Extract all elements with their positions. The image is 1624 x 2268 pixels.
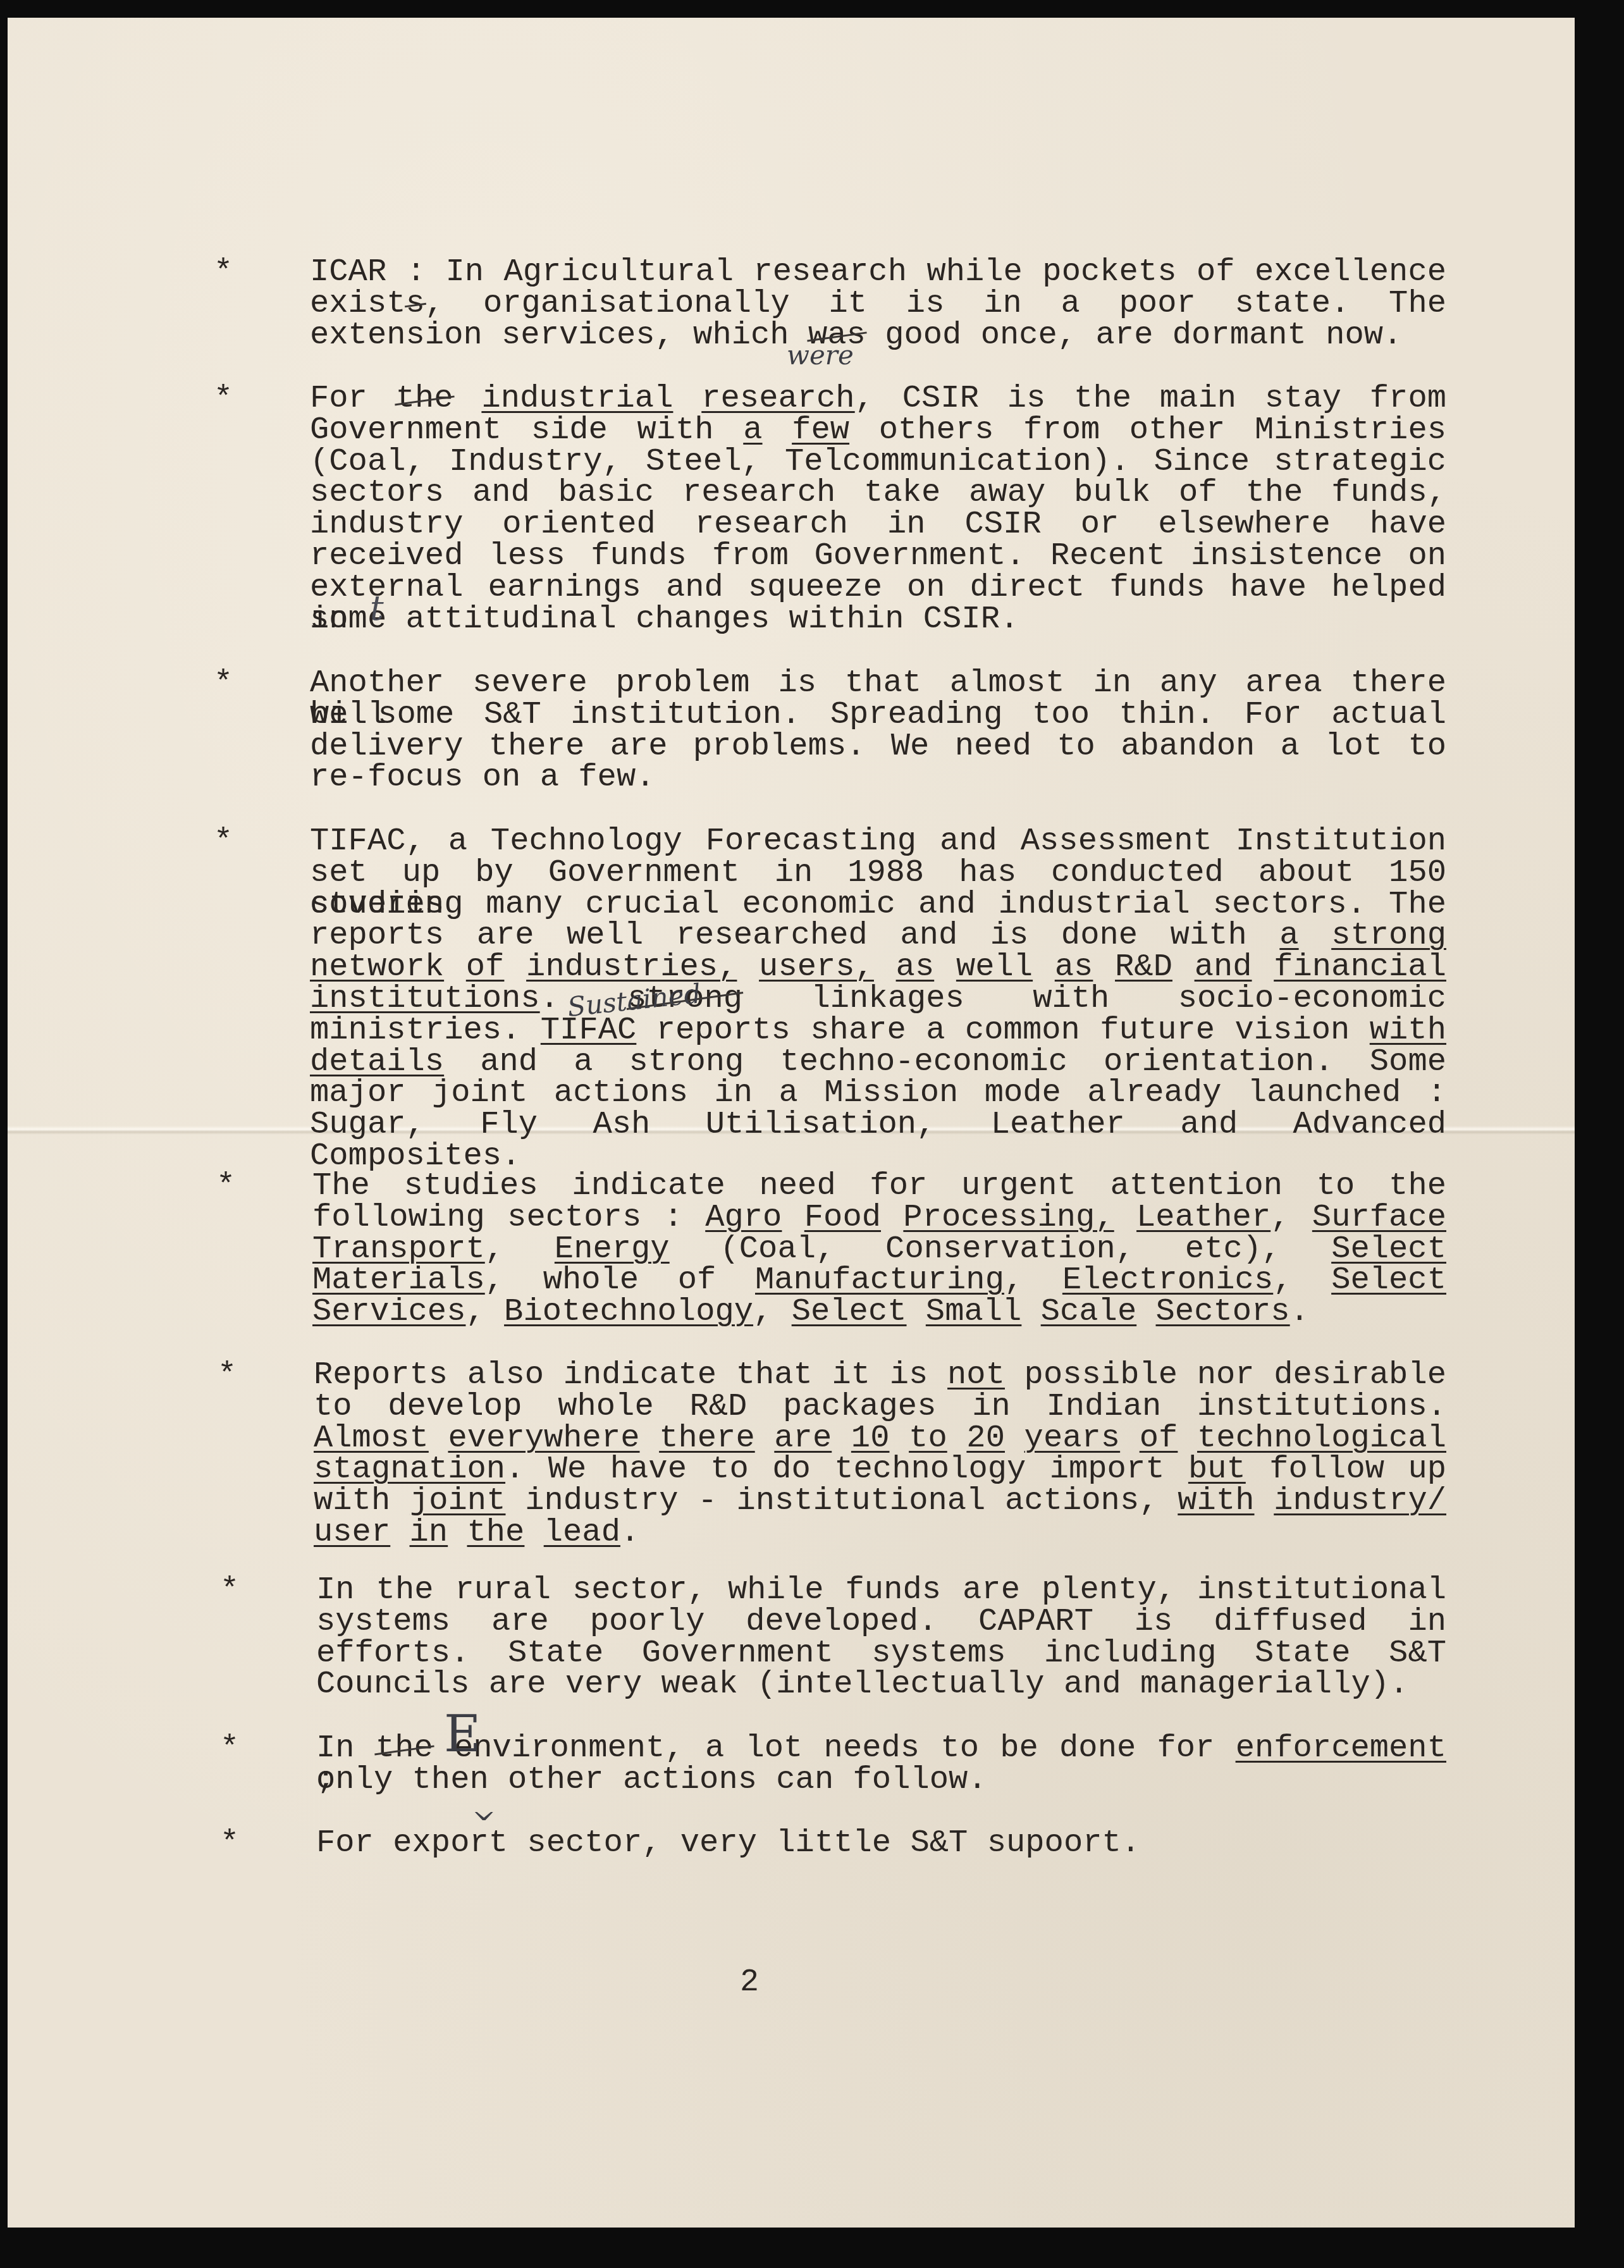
bullet-asterisk: * [214,257,233,288]
text-run: In [316,1730,376,1766]
text-run: , [1270,1200,1312,1236]
text-run [782,1200,804,1236]
text-run [889,1421,909,1457]
struck-text: s [406,286,425,322]
underlined-text: years [1024,1421,1121,1457]
document-page: *ICAR : In Agricultural research while p… [8,18,1575,2228]
bullet-asterisk: * [214,383,233,415]
underlined-text: financial [1274,949,1446,985]
text-run: industry oriented research in CSIR or el… [310,507,1446,543]
text-run: For export sector, very little S&T supoo… [316,1825,1140,1861]
text-run [832,1421,851,1457]
underlined-text: Materials [312,1262,485,1298]
text-run: reports are well researched and is done … [310,918,1279,954]
underlined-text: technological [1197,1421,1446,1457]
text-run [737,949,759,985]
text-line: details and a strong techno-economic ori… [310,1047,1446,1078]
text-run: environment, a lot needs to be done for [433,1730,1236,1766]
bullet-asterisk: * [214,826,233,858]
text-line: institutions. strong linkages with socio… [310,983,1446,1015]
bullet-asterisk: * [216,1171,235,1202]
text-line: efforts. State Government systems includ… [316,1638,1446,1670]
text-line: Sugar, Fly Ash Utilisation, Leather and … [310,1109,1446,1141]
struck-text: the [396,381,453,417]
text-run [524,1515,543,1551]
text-line: sectors and basic research take away bul… [310,478,1446,509]
text-line: to develop whole R&D packages in Indian … [314,1391,1446,1423]
text-line: external earnings and squeeze on direct … [310,572,1446,604]
underlined-text: institutions [310,981,540,1017]
text-line: Councils are very weak (intellectually a… [316,1669,1446,1701]
underlined-text: details [310,1044,444,1080]
text-run: ICAR : In Agricultural research while po… [310,254,1446,290]
text-line: covering many crucial economic and indus… [310,889,1446,921]
underlined-text: 10 [851,1421,890,1457]
text-run: For [310,381,396,417]
underlined-text: Surface [1312,1200,1446,1236]
text-run [1033,949,1055,985]
text-run: (Coal, Industry, Steel, Telcommunication… [310,444,1446,480]
underlined-text: joint [410,1483,506,1519]
text-run: systems are poorly developed. CAPART is … [316,1604,1446,1640]
underlined-text: not [947,1357,1005,1393]
text-run [453,381,482,417]
text-run [444,949,466,985]
underlined-text: a [1279,918,1298,954]
underlined-text: Select [792,1294,907,1330]
underlined-text: Services [312,1294,465,1330]
text-run: The studies indicate need for urgent att… [312,1168,1446,1204]
underlined-text: research [701,381,854,417]
text-run: , [485,1231,555,1267]
text-run: ministries. [310,1013,541,1049]
text-line: received less funds from Government. Rec… [310,541,1446,572]
text-run [1299,918,1332,954]
text-line: major joint actions in a Mission mode al… [310,1078,1446,1109]
text-line: Services, Biotechnology, Select Small Sc… [312,1297,1446,1328]
text-line: stagnation. We have to do technology imp… [314,1454,1446,1486]
text-run: . [620,1515,639,1551]
text-line: Materials, whole of Manufacturing, Elect… [312,1265,1446,1297]
text-line: Reports also indicate that it is not pos… [314,1360,1446,1391]
text-run: others from other Ministries [849,412,1446,448]
handwritten-capital-e: E [444,1720,481,1748]
text-run: , organisationally it is in a poor state… [425,286,1446,322]
text-run [1178,1421,1197,1457]
text-run: , [465,1294,504,1330]
text-run: (Coal, Conservation, etc), [670,1231,1331,1267]
text-line: delivery there are problems. We need to … [310,731,1446,763]
text-run [1136,1294,1155,1330]
text-line: (Coal, Industry, Steel, Telcommunication… [310,447,1446,478]
text-line: In the environment, a lot needs to be do… [316,1733,1446,1765]
text-line: set up by Government in 1988 has conduct… [310,858,1446,889]
text-line: with joint industry - institutional acti… [314,1486,1446,1517]
text-run [1114,1200,1136,1236]
text-line: reports are well researched and is done … [310,920,1446,952]
underlined-text: the [467,1515,524,1551]
text-run: reports share a common future vision [636,1013,1369,1049]
text-line: For export sector, very little S&T supoo… [316,1828,1446,1859]
text-run [1172,949,1195,985]
underlined-text: as [896,949,935,985]
text-run [874,949,896,985]
text-line: Almost everywhere there are 10 to 20 yea… [314,1423,1446,1455]
bullet-asterisk: * [220,1828,239,1859]
text-run: delivery there are problems. We need to … [310,729,1446,765]
text-line: exists, organisationally it is in a poor… [310,288,1446,320]
underlined-text: strong [1331,918,1446,954]
text-run: Government side with [310,412,743,448]
underlined-text: of [1140,1421,1178,1457]
underlined-text: Energy [555,1231,670,1267]
handwritten-caret: ^ [472,1795,496,1823]
underlined-text: to [909,1421,947,1457]
bullet-asterisk: * [214,668,233,700]
underlined-text: Scale [1041,1294,1137,1330]
text-run [640,1421,660,1457]
text-run [1093,949,1115,985]
text-run: , CSIR is the main stay from [855,381,1446,417]
text-run: Sugar, Fly Ash Utilisation, Leather and … [310,1107,1446,1174]
underlined-text: user [314,1515,390,1551]
underlined-text: with [1178,1483,1254,1519]
text-run [1252,949,1274,985]
underlined-text: industry/ [1274,1483,1446,1519]
underlined-text: Electronics [1062,1262,1273,1298]
text-run [429,1421,448,1457]
underlined-text: Processing, [903,1200,1114,1236]
text-line: be some S&T institution. Spreading too t… [310,700,1446,731]
text-run [934,949,956,985]
text-line: industry oriented research in CSIR or el… [310,509,1446,541]
text-line: re-focus on a few. [310,762,1446,794]
text-run: TIFAC, a Technology Forecasting and Asse… [310,823,1446,860]
struck-text: the [376,1730,433,1766]
text-line: Government side with a few others from o… [310,415,1446,447]
text-line: systems are poorly developed. CAPART is … [316,1606,1446,1638]
text-run [907,1294,926,1330]
text-run: and a strong techno-economic orientation… [444,1044,1446,1080]
text-line: following sectors : Agro Food Processing… [312,1202,1446,1234]
text-run: extension services, which [310,317,808,354]
text-run: only then other actions can follow. [316,1762,987,1798]
text-line: Another severe problem is that almost in… [310,668,1446,700]
underlined-text: industrial [481,381,673,417]
underlined-text: well [956,949,1033,985]
text-run: , whole of [485,1262,755,1298]
text-run: , [1004,1262,1062,1298]
text-run: . We have to do technology import [505,1451,1188,1488]
underlined-text: of [466,949,505,985]
text-run: received less funds from Government. Rec… [310,538,1446,574]
text-run [1120,1421,1140,1457]
text-line: extension services, which was good once,… [310,320,1446,352]
text-run: covering many crucial economic and indus… [310,887,1446,923]
text-line: TIFAC, a Technology Forecasting and Asse… [310,826,1446,858]
text-run: following sectors : [312,1200,705,1236]
text-run [504,949,526,985]
text-run: major joint actions in a Mission mode al… [310,1075,1446,1111]
text-run [881,1200,903,1236]
text-run: . [1290,1294,1309,1330]
text-line: network of industries, users, as well as… [310,952,1446,983]
text-run [448,1515,467,1551]
underlined-text: Manufacturing [755,1262,1004,1298]
underlined-text: 20 [966,1421,1005,1457]
underlined-text: Sectors [1156,1294,1290,1330]
underlined-text: industries, [526,949,737,985]
text-run: linkages with socio-economic [742,981,1446,1017]
underlined-text: there [659,1421,755,1457]
underlined-text: enforcement [1236,1730,1446,1766]
text-run [947,1421,967,1457]
text-run [673,381,701,417]
text-run: follow up [1246,1451,1446,1488]
underlined-text: with [1370,1013,1446,1049]
underlined-text: network [310,949,444,985]
bullet-asterisk: * [220,1575,239,1606]
underlined-text: Biotechnology [504,1294,753,1330]
underlined-text: stagnation [314,1451,505,1488]
text-run: Councils are very weak (intellectually a… [316,1667,1408,1703]
bullet-asterisk: * [220,1733,239,1765]
text-run: with [314,1483,410,1519]
underlined-text: Food [804,1200,881,1236]
text-line: In the rural sector, while funds are ple… [316,1575,1446,1606]
text-run [755,1421,775,1457]
text-run: , [1273,1262,1331,1298]
text-run: to develop whole R&D packages in Indian … [314,1389,1446,1425]
handwritten-t-correction: t [370,595,384,622]
page-number: 2 [740,1964,759,2000]
underlined-text: Transport [312,1231,485,1267]
text-run: Reports also indicate that it is [314,1357,947,1393]
underlined-text: users, [759,949,874,985]
text-run: sectors and basic research take away bul… [310,475,1446,511]
underlined-text: lead [544,1515,620,1551]
underlined-text: R&D [1115,949,1172,985]
handwritten-were: were [787,342,854,369]
underlined-text: Leather [1136,1200,1270,1236]
text-line: ministries. TIFAC reports share a common… [310,1015,1446,1047]
underlined-text: Select [1331,1262,1446,1298]
text-line: Transport, Energy (Coal, Conservation, e… [312,1234,1446,1266]
underlined-text: but [1188,1451,1246,1488]
underlined-text: are [774,1421,832,1457]
bullet-asterisk: * [218,1360,237,1391]
text-run: be some S&T institution. Spreading too t… [310,697,1446,733]
text-run: In the rural sector, while funds are ple… [316,1572,1446,1608]
underlined-text: Almost [314,1421,429,1457]
text-run [1005,1421,1024,1457]
underlined-text: everywhere [448,1421,639,1457]
underlined-text: Select [1331,1231,1446,1267]
text-run: industry - institutional actions, [505,1483,1178,1519]
text-line: user in the lead. [314,1517,1446,1549]
underlined-text: few [792,412,849,448]
underlined-text: and [1195,949,1252,985]
text-run [390,1515,409,1551]
text-line: For the industrial research, CSIR is the… [310,383,1446,415]
underlined-text: in [410,1515,448,1551]
text-run: , [753,1294,792,1330]
text-run: efforts. State Government systems includ… [316,1636,1446,1672]
text-line: ICAR : In Agricultural research while po… [310,257,1446,288]
text-run: some attitudinal changes within CSIR. [310,601,1019,638]
text-run: good once, are dormant now. [866,317,1403,354]
underlined-text: as [1055,949,1093,985]
text-line: The studies indicate need for urgent att… [312,1171,1446,1202]
text-line: some attitudinal changes within CSIR. [310,604,1446,636]
text-run: exist [310,286,406,322]
text-run [1021,1294,1040,1330]
underlined-text: a [743,412,762,448]
text-run: re-focus on a few. [310,760,655,796]
text-run [1255,1483,1274,1519]
underlined-text: Small [926,1294,1022,1330]
text-run [763,412,792,448]
text-run: possible nor desirable [1005,1357,1446,1393]
underlined-text: Agro [705,1200,782,1236]
